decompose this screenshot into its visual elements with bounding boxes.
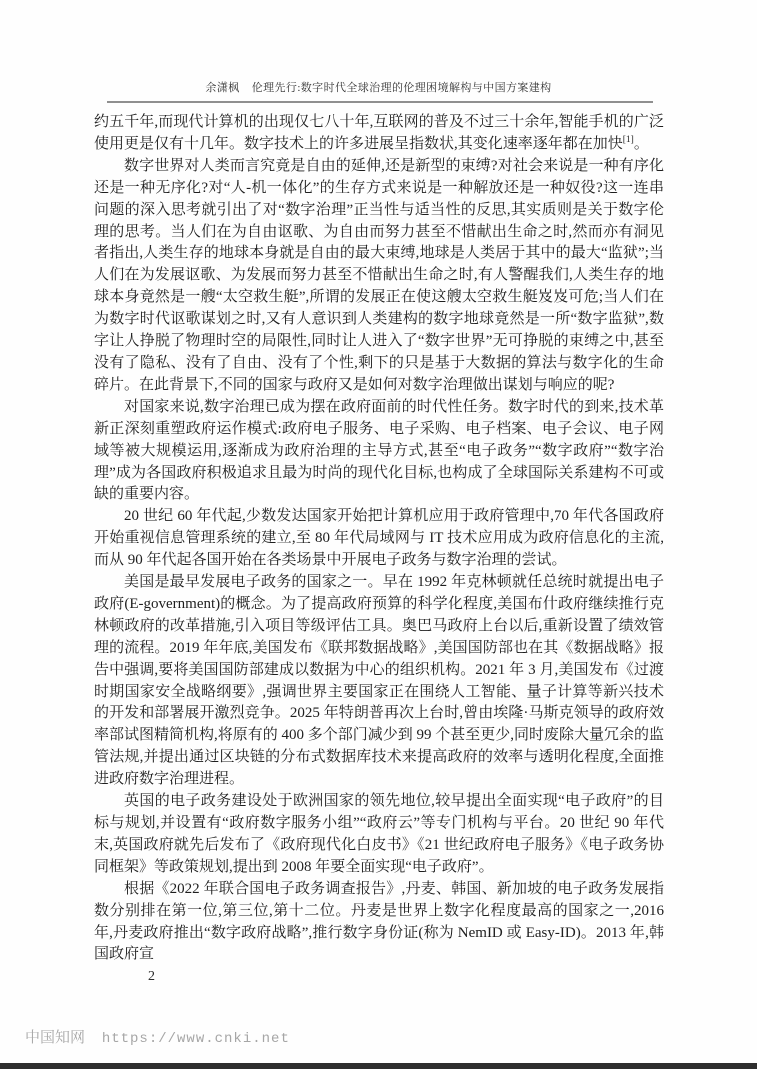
body-paragraph: 数字世界对人类而言究竟是自由的延伸,还是新型的束缚?对社会来说是一种有序化还是一… [94,156,664,397]
header-divider [107,101,653,103]
body-paragraph: 20 世纪 60 年代起,少数发达国家开始把计算机应用于政府管理中,70 年代各… [94,506,664,572]
body-paragraph: 约五千年,而现代计算机的出现仅七八十年,互联网的普及不过三十余年,智能手机的广泛… [94,112,664,156]
document-page: 余潇枫伦理先行:数字时代全球治理的伦理困境解构与中国方案建构 约五千年,而现代计… [0,0,757,1069]
page-number: 2 [148,969,155,985]
cnki-site-name: 中国知网 [25,1030,85,1046]
running-header: 余潇枫伦理先行:数字时代全球治理的伦理困境解构与中国方案建构 [0,79,757,95]
body-paragraph: 美国是最早发展电子政务的国家之一。早在 1992 年克林顿就任总统时就提出电子政… [94,572,664,791]
paragraph-text: 约五千年,而现代计算机的出现仅七八十年,互联网的普及不过三十余年,智能手机的广泛… [94,114,664,152]
body-paragraph: 英国的电子政务建设处于欧洲国家的领先地位,较早提出全面实现“电子政府”的目标与规… [94,791,664,879]
cnki-url: https://www.cnki.net [102,1031,290,1047]
header-author: 余潇枫 [205,82,239,94]
footnote-ref: [1] [623,135,634,145]
cnki-watermark: 中国知网https://www.cnki.net [25,1026,290,1047]
page-edge-bar [0,1063,757,1069]
body-paragraph: 对国家来说,数字治理已成为摆在政府面前的时代性任务。数字时代的到来,技术革新正深… [94,397,664,507]
paragraph-text: 。 [634,136,649,152]
header-title: 伦理先行:数字时代全球治理的伦理困境解构与中国方案建构 [252,82,552,94]
body-paragraph: 根据《2022 年联合国电子政务调查报告》,丹麦、韩国、新加坡的电子政务发展指数… [94,879,664,967]
article-body: 约五千年,而现代计算机的出现仅七八十年,互联网的普及不过三十余年,智能手机的广泛… [94,112,664,966]
